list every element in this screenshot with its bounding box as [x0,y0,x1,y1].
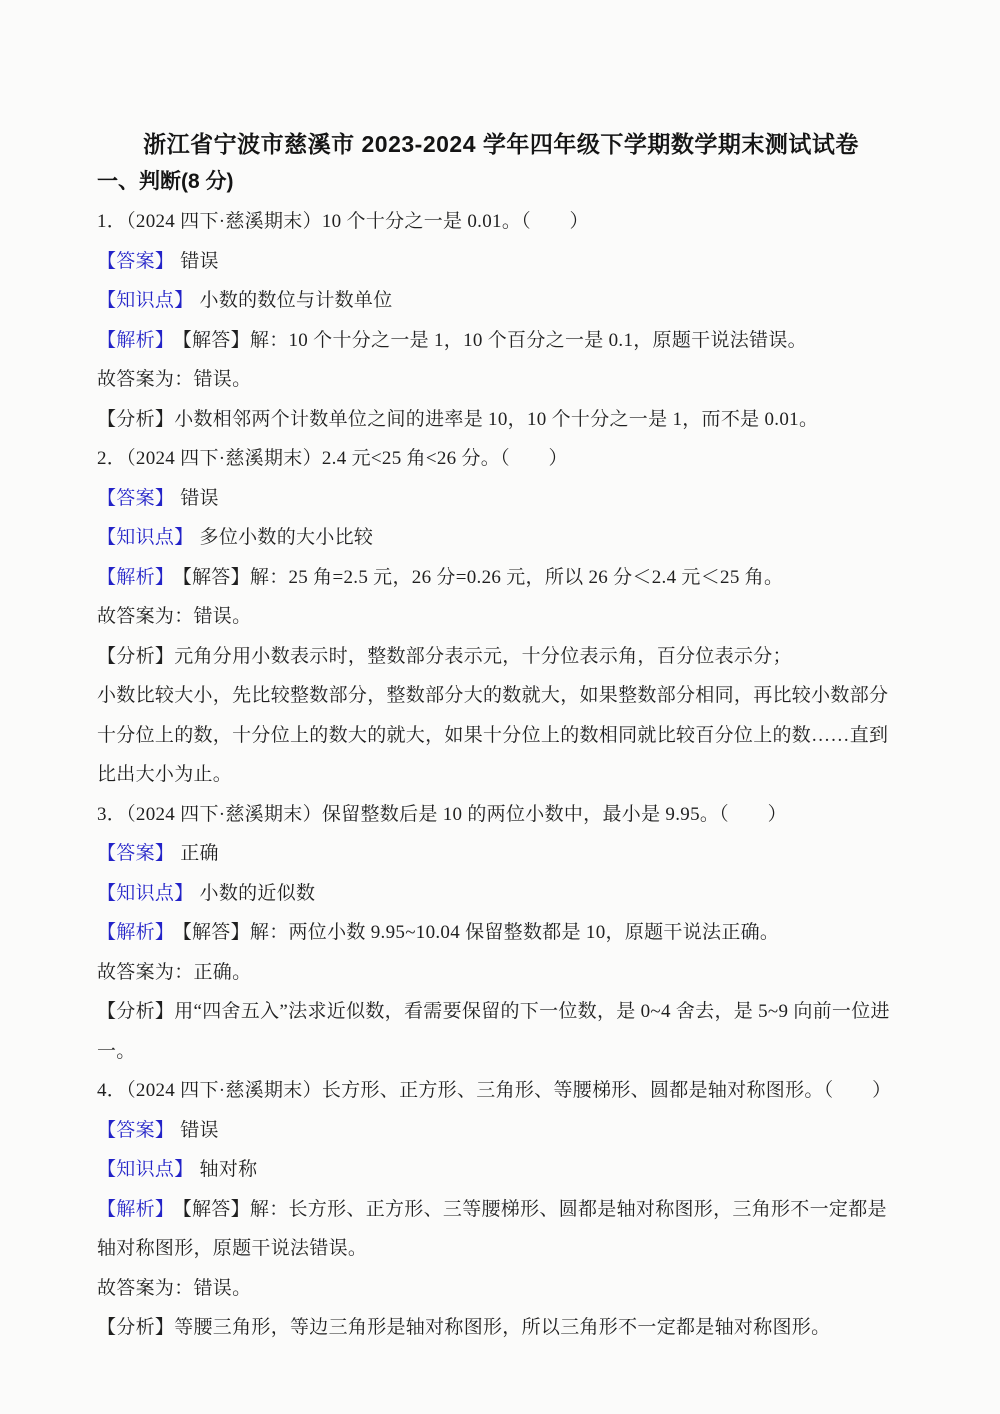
answer-label: 【答案】 [97,488,174,509]
analysis-text: 【分析】元角分用小数表示时，整数部分表示元，十分位表示角，百分位表示分； [97,637,905,677]
question-4: 4．（2024 四下·慈溪期末）长方形、正方形、三角形、等腰梯形、圆都是轴对称图… [97,1071,905,1348]
explanation-label: 【解析】 [97,567,174,588]
conclusion-text: 故答案为：错误。 [97,360,905,400]
explanation-text: 【解答】解：10 个十分之一是 1，10 个百分之一是 0.1，原题干说法错误。 [182,330,807,351]
answer-value: 错误 [180,251,219,272]
knowledge-value: 多位小数的大小比较 [200,527,374,548]
knowledge-label: 【知识点】 [97,290,194,311]
knowledge-label: 【知识点】 [97,1159,194,1180]
answer-value: 错误 [180,488,219,509]
analysis-text: 【分析】等腰三角形，等边三角形是轴对称图形，所以三角形不一定都是轴对称图形。 [97,1308,905,1348]
question-stem: 3．（2024 四下·慈溪期末）保留整数后是 10 的两位小数中，最小是 9.9… [97,795,905,835]
explanation-label: 【解析】 [97,1199,174,1220]
knowledge-label: 【知识点】 [97,883,194,904]
knowledge-value: 小数的近似数 [200,883,316,904]
explanation-line: 【解析】【解答】解：两位小数 9.95~10.04 保留整数都是 10，原题干说… [97,913,905,953]
answer-line: 【答案】错误 [97,1111,905,1151]
explanation-line: 【解析】【解答】解：长方形、正方形、三等腰梯形、圆都是轴对称图形，三角形不一定都… [97,1190,905,1269]
knowledge-line: 【知识点】多位小数的大小比较 [97,518,905,558]
analysis-text-continued: 小数比较大小，先比较整数部分，整数部分大的数就大，如果整数部分相同，再比较小数部… [97,676,905,795]
answer-line: 【答案】正确 [97,834,905,874]
conclusion-text: 故答案为：错误。 [97,597,905,637]
knowledge-line: 【知识点】轴对称 [97,1150,905,1190]
answer-value: 正确 [180,843,219,864]
knowledge-value: 轴对称 [200,1159,258,1180]
analysis-text: 【分析】小数相邻两个计数单位之间的进率是 10，10 个十分之一是 1，而不是 … [97,400,905,440]
explanation-text: 【解答】解：两位小数 9.95~10.04 保留整数都是 10，原题干说法正确。 [182,922,779,943]
knowledge-line: 【知识点】小数的近似数 [97,874,905,914]
explanation-line: 【解析】【解答】解：10 个十分之一是 1，10 个百分之一是 0.1，原题干说… [97,321,905,361]
answer-label: 【答案】 [97,1120,174,1141]
section-heading: 一、判断(8 分) [97,162,905,202]
knowledge-line: 【知识点】小数的数位与计数单位 [97,281,905,321]
question-stem: 4．（2024 四下·慈溪期末）长方形、正方形、三角形、等腰梯形、圆都是轴对称图… [97,1071,905,1111]
answer-label: 【答案】 [97,251,174,272]
explanation-text: 【解答】解：25 角=2.5 元，26 分=0.26 元，所以 26 分＜2.4… [182,567,783,588]
exam-paper-page: 浙江省宁波市慈溪市 2023-2024 学年四年级下学期数学期末测试试卷 一、判… [0,0,1000,1414]
question-stem: 2．（2024 四下·慈溪期末）2.4 元<25 角<26 分。（ ） [97,439,905,479]
answer-value: 错误 [180,1120,219,1141]
conclusion-text: 故答案为：正确。 [97,953,905,993]
answer-line: 【答案】错误 [97,479,905,519]
question-2: 2．（2024 四下·慈溪期末）2.4 元<25 角<26 分。（ ） 【答案】… [97,439,905,795]
answer-label: 【答案】 [97,843,174,864]
question-1: 1．（2024 四下·慈溪期末）10 个十分之一是 0.01。（ ） 【答案】错… [97,202,905,439]
conclusion-text: 故答案为：错误。 [97,1269,905,1309]
explanation-label: 【解析】 [97,330,174,351]
explanation-line: 【解析】【解答】解：25 角=2.5 元，26 分=0.26 元，所以 26 分… [97,558,905,598]
page-title: 浙江省宁波市慈溪市 2023-2024 学年四年级下学期数学期末测试试卷 [97,126,905,162]
explanation-text: 【解答】解：长方形、正方形、三等腰梯形、圆都是轴对称图形，三角形不一定都是轴对称… [97,1199,887,1260]
knowledge-label: 【知识点】 [97,527,194,548]
analysis-text: 【分析】用“四舍五入”法求近似数，看需要保留的下一位数，是 0~4 舍去，是 5… [97,992,905,1071]
explanation-label: 【解析】 [97,922,174,943]
question-3: 3．（2024 四下·慈溪期末）保留整数后是 10 的两位小数中，最小是 9.9… [97,795,905,1072]
knowledge-value: 小数的数位与计数单位 [200,290,393,311]
question-stem: 1．（2024 四下·慈溪期末）10 个十分之一是 0.01。（ ） [97,202,905,242]
answer-line: 【答案】错误 [97,242,905,282]
